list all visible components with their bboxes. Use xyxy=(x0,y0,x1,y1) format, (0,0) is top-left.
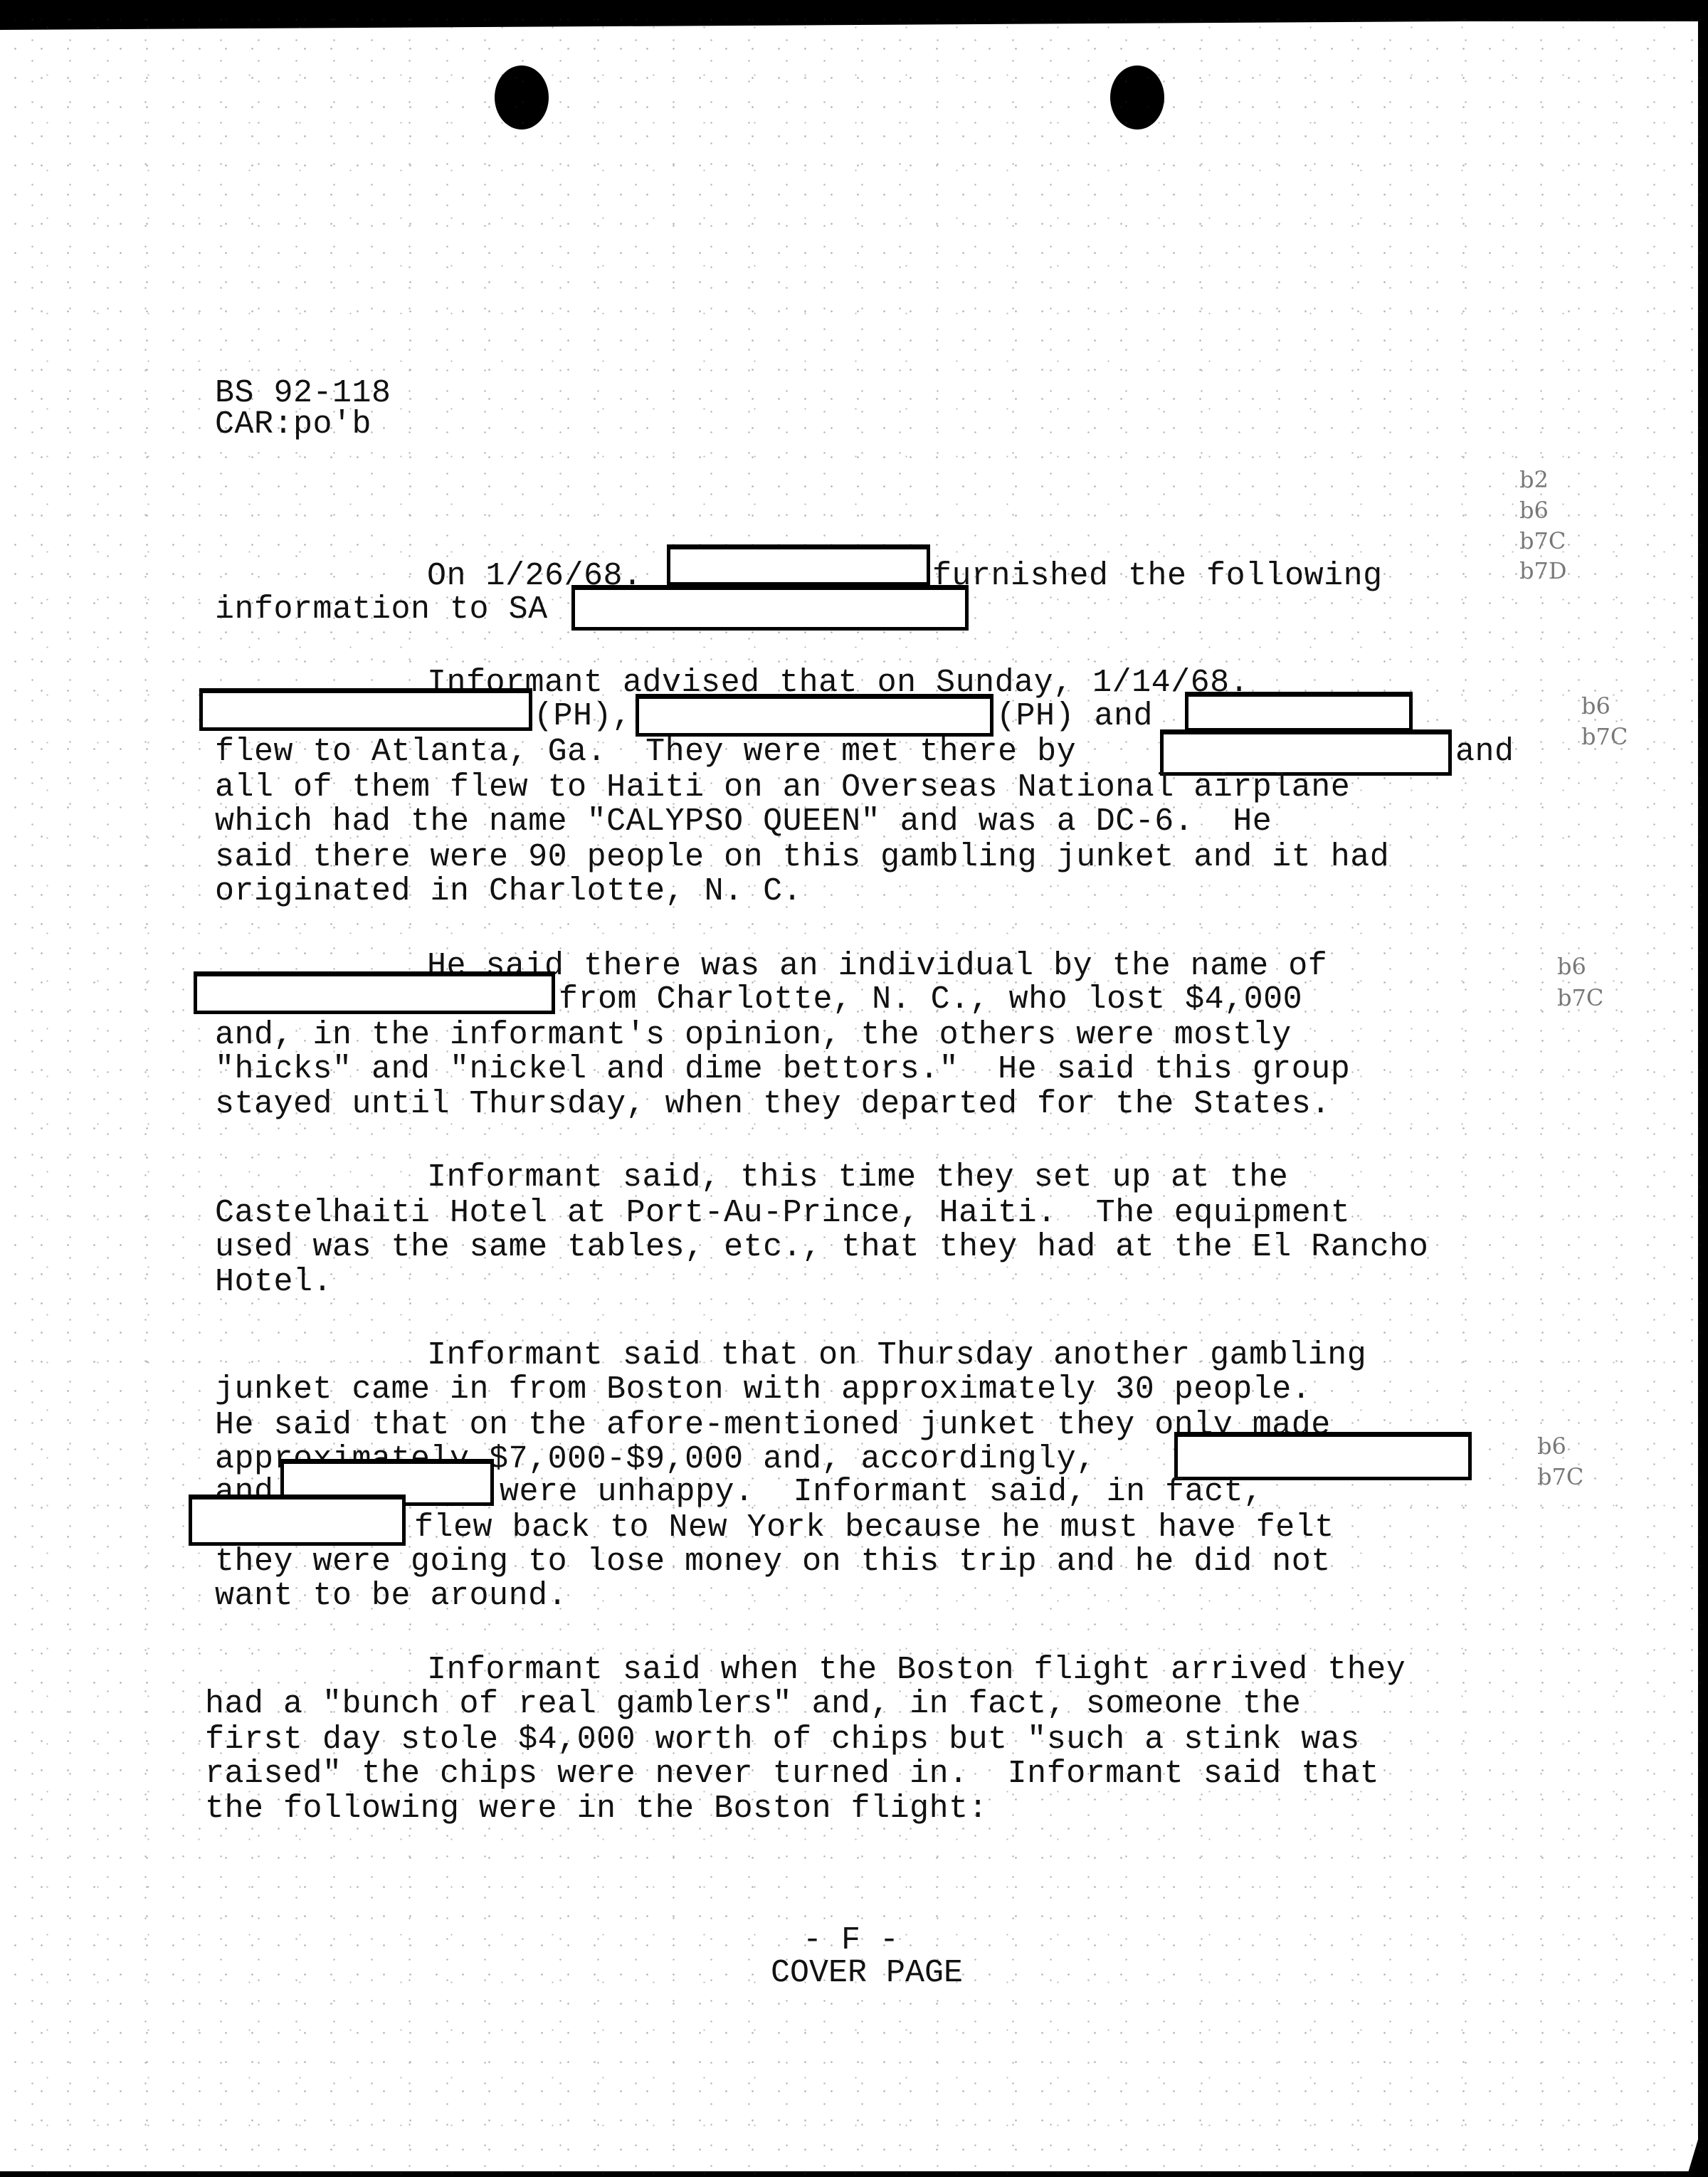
p2-line2-b: (PH) and xyxy=(996,699,1153,734)
redaction-box xyxy=(189,1495,406,1546)
p4-line2: Castelhaiti Hotel at Port-Au-Prince, Hai… xyxy=(215,1196,1350,1231)
exemption-code: b7C xyxy=(1519,525,1566,557)
p4-line4: Hotel. xyxy=(215,1265,332,1300)
redaction-box xyxy=(667,544,930,586)
scan-top-border xyxy=(0,0,1708,21)
exemption-code: b7C xyxy=(1537,1461,1583,1492)
p5-line6: flew back to New York because he must ha… xyxy=(414,1510,1334,1546)
p1-line2-a: information to SA xyxy=(215,592,548,628)
redaction-box xyxy=(1174,1432,1472,1480)
p2-line7: originated in Charlotte, N. C. xyxy=(215,874,802,910)
scan-right-border xyxy=(1698,0,1708,2177)
redaction-box xyxy=(636,694,993,737)
exemption-code: b6 xyxy=(1581,690,1611,722)
exemption-code: b7C xyxy=(1557,982,1603,1013)
p1-line1-b: furnished the following xyxy=(932,559,1383,594)
p5-line2: junket came in from Boston with approxim… xyxy=(215,1372,1311,1408)
typist-initials: CAR:po'b xyxy=(215,407,371,443)
redaction-box xyxy=(194,971,555,1014)
p2-line3-b: and xyxy=(1455,734,1514,770)
exemption-code: b7D xyxy=(1519,555,1567,586)
p5-line3: He said that on the afore-mentioned junk… xyxy=(215,1408,1331,1443)
scan-corner-fold xyxy=(1688,2130,1701,2173)
p2-line3-a: flew to Atlanta, Ga. They were met there… xyxy=(215,734,1076,770)
document-page: BS 92-118 CAR:po'b b2 b6 b7C b7D On 1/26… xyxy=(0,0,1708,2177)
p2-line2-a: (PH), xyxy=(534,699,632,734)
p5-line7: they were going to lose money on this tr… xyxy=(215,1544,1331,1580)
cover-page-label: COVER PAGE xyxy=(771,1956,963,1991)
redaction-box xyxy=(199,688,532,731)
p3-line5: stayed until Thursday, when they departe… xyxy=(215,1087,1331,1122)
exemption-code: b2 xyxy=(1519,464,1549,495)
p5-line1: Informant said that on Thursday another … xyxy=(427,1338,1366,1374)
p6-line2: had a "bunch of real gamblers" and, in f… xyxy=(205,1687,1301,1722)
p2-line4: all of them flew to Haiti on an Overseas… xyxy=(215,770,1350,806)
punch-hole-right xyxy=(1110,65,1164,130)
p3-line1: He said there was an individual by the n… xyxy=(427,949,1327,984)
exemption-code: b6 xyxy=(1557,951,1586,982)
scan-bottom-border xyxy=(0,2171,1708,2177)
p5-line8: want to be around. xyxy=(215,1578,567,1614)
p2-line6: said there were 90 people on this gambli… xyxy=(215,840,1389,875)
exemption-code: b6 xyxy=(1519,495,1549,526)
scan-top-border-slant xyxy=(0,20,1708,30)
p4-line1: Informant said, this time they set up at… xyxy=(427,1160,1288,1196)
redaction-box xyxy=(1185,692,1413,732)
p3-line3: and, in the informant's opinion, the oth… xyxy=(215,1018,1292,1053)
p3-line4: "hicks" and "nickel and dime bettors." H… xyxy=(215,1052,1350,1087)
p6-line5: the following were in the Boston flight: xyxy=(205,1791,988,1827)
page-marker: - F - xyxy=(803,1923,899,1959)
exemption-code: b6 xyxy=(1537,1430,1566,1462)
punch-hole-left xyxy=(495,65,549,130)
p4-line3: used was the same tables, etc., that the… xyxy=(215,1230,1428,1265)
p2-line5: which had the name "CALYPSO QUEEN" and w… xyxy=(215,804,1272,840)
p5-line5-b: were unhappy. Informant said, in fact, xyxy=(500,1475,1263,1510)
p6-line4: raised" the chips were never turned in. … xyxy=(205,1756,1379,1792)
p3-line2: from Charlotte, N. C., who lost $4,000 xyxy=(559,982,1302,1018)
p6-line3: first day stole $4,000 worth of chips bu… xyxy=(205,1722,1360,1758)
exemption-code: b7C xyxy=(1581,721,1628,752)
p6-line1: Informant said when the Boston flight ar… xyxy=(427,1652,1406,1688)
redaction-box xyxy=(571,585,969,631)
